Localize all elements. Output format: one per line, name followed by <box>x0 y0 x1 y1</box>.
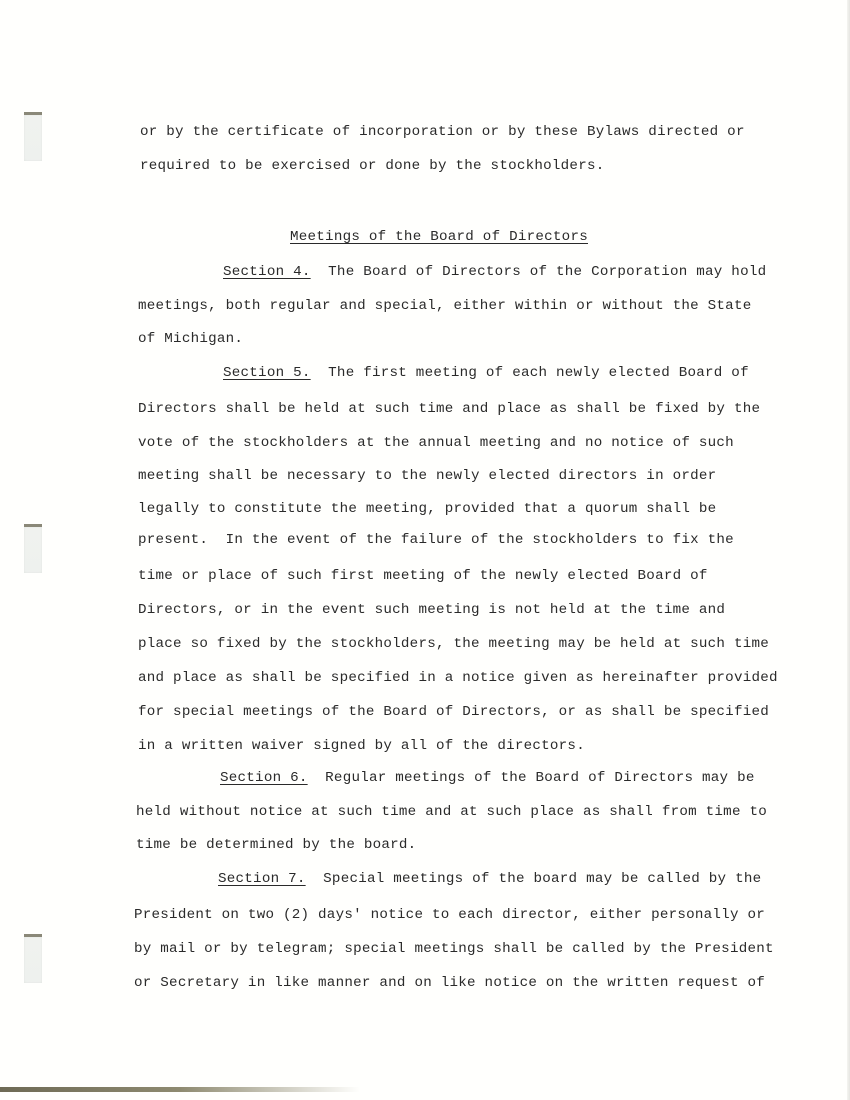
section-6-line: held without notice at such time and at … <box>136 803 767 821</box>
binder-hole-top <box>24 112 42 161</box>
document-page: or by the certificate of incorporation o… <box>0 0 850 1100</box>
section-4-line: meetings, both regular and special, eith… <box>138 297 751 315</box>
section-7-line: President on two (2) days' notice to eac… <box>134 906 765 924</box>
section-7-line: or Secretary in like manner and on like … <box>134 974 765 992</box>
section-6-label: Section 6. <box>220 770 308 786</box>
section-4-line: of Michigan. <box>138 330 243 348</box>
binder-hole-middle <box>24 524 42 573</box>
section-7-first-line: Section 7. Special meetings of the board… <box>218 870 761 888</box>
binder-hole-bottom <box>24 934 42 983</box>
section-5-line: legally to constitute the meeting, provi… <box>138 500 716 518</box>
section-5-label: Section 5. <box>223 365 311 381</box>
section-5-line: in a written waiver signed by all of the… <box>138 737 585 755</box>
section-5-line: time or place of such first meeting of t… <box>138 567 708 585</box>
section-5-line: present. In the event of the failure of … <box>138 531 734 549</box>
section-4-first-line: Section 4. The Board of Directors of the… <box>223 263 766 281</box>
section-6-first-line: Section 6. Regular meetings of the Board… <box>220 769 755 787</box>
section-5-line: and place as shall be specified in a not… <box>138 669 778 687</box>
section-heading: Meetings of the Board of Directors <box>290 228 588 246</box>
section-7-line: by mail or by telegram; special meetings… <box>134 940 774 958</box>
section-5-line: Directors shall be held at such time and… <box>138 400 760 418</box>
continuation-line: required to be exercised or done by the … <box>140 157 605 175</box>
section-5-line: vote of the stockholders at the annual m… <box>138 434 734 452</box>
page-bottom-shadow <box>0 1087 360 1092</box>
section-5-line: meeting shall be necessary to the newly … <box>138 467 716 485</box>
continuation-line: or by the certificate of incorporation o… <box>140 123 745 141</box>
section-5-line: place so fixed by the stockholders, the … <box>138 635 769 653</box>
section-5-first-line: Section 5. The first meeting of each new… <box>223 364 749 382</box>
section-4-label: Section 4. <box>223 264 311 280</box>
section-5-line: for special meetings of the Board of Dir… <box>138 703 769 721</box>
section-7-label: Section 7. <box>218 871 306 887</box>
section-6-line: time be determined by the board. <box>136 836 416 854</box>
section-5-line: Directors, or in the event such meeting … <box>138 601 725 619</box>
